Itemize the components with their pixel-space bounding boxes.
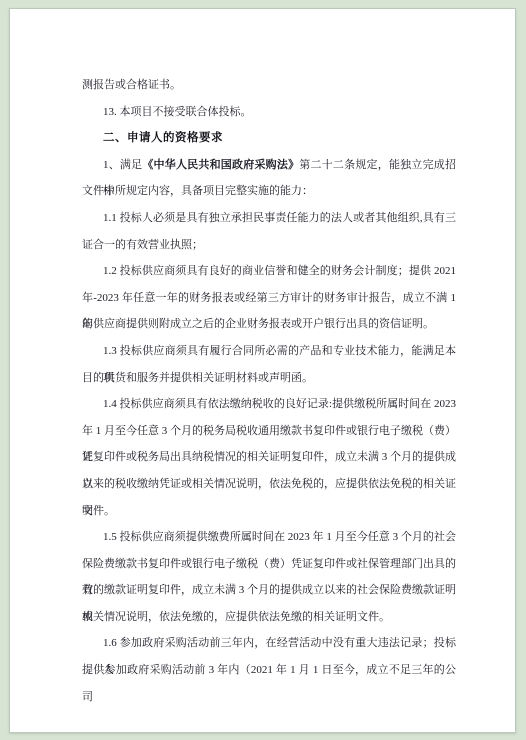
- text-line: 测报告或合格证书。: [82, 72, 456, 99]
- text-segment: 文件中所规定内容，具备项目完整实施的能力：: [82, 185, 313, 197]
- bold-text-segment: 《中华人民共和国政府采购法》: [142, 159, 299, 171]
- text-segment: 1.1 投标人必须是具有独立承担民事责任能力的法人或者其他组织,具有三: [103, 212, 456, 224]
- text-line: 文件中所规定内容，具备项目完整实施的能力：: [82, 178, 456, 205]
- viewer-background: 测报告或合格证书。13. 本项目不接受联合体投标。二、申请人的资格要求1、满足《…: [0, 0, 526, 740]
- text-line: 提供参加政府采购活动前 3 年内（2021 年 1 月 1 日至今，成立不足三年…: [82, 657, 456, 684]
- text-line: 1.3 投标供应商须具有履行合同所必需的产品和专业技术能力，能满足本项: [82, 338, 456, 365]
- text-segment: 1.2 投标供应商须具有良好的商业信誉和健全的财务会计制度；提供 2021: [103, 265, 456, 277]
- document-page: 测报告或合格证书。13. 本项目不接受联合体投标。二、申请人的资格要求1、满足《…: [9, 8, 516, 733]
- text-segment: 文件。: [82, 505, 115, 517]
- text-segment: 目的供货和服务并提供相关证明材料或声明函。: [82, 372, 313, 384]
- text-segment: 证合一的有效营业执照；: [82, 239, 203, 251]
- text-line: 1.6 参加政府采购活动前三年内，在经营活动中没有重大违法记录；投标人: [82, 630, 456, 657]
- text-segment: 二、申请人的资格要求: [103, 132, 223, 144]
- text-segment: 13. 本项目不接受联合体投标。: [103, 106, 252, 118]
- text-segment: 1、满足: [103, 159, 142, 171]
- text-segment: 1.4 投标供应商须具有依法缴纳税收的良好记录:提供缴税所属时间在 2023: [103, 398, 456, 410]
- text-segment: 的供应商提供则附成立之后的企业财务报表或开户银行出具的资信证明。: [82, 318, 434, 330]
- text-block: 测报告或合格证书。13. 本项目不接受联合体投标。二、申请人的资格要求1、满足《…: [82, 72, 456, 684]
- text-line: 保险费缴款书复印件或银行电子缴税（费）凭证复印件或社保管理部门出具的有: [82, 551, 456, 578]
- text-line: 目的供货和服务并提供相关证明材料或声明函。: [82, 365, 456, 392]
- text-line: 的供应商提供则附成立之后的企业财务报表或开户银行出具的资信证明。: [82, 311, 456, 338]
- text-line: 文件。: [82, 498, 456, 525]
- text-line: 1.1 投标人必须是具有独立承担民事责任能力的法人或者其他组织,具有三: [82, 205, 456, 232]
- text-line: 效的缴款证明复印件，成立未满 3 个月的提供成立以来的社会保险费缴款证明或: [82, 577, 456, 604]
- text-line: 以来的税收缴纳凭证或相关情况说明，依法免税的，应提供依法免税的相关证明: [82, 471, 456, 498]
- text-line: 证复印件或税务局出具纳税情况的相关证明复印件，成立未满 3 个月的提供成立: [82, 444, 456, 471]
- text-line: 相关情况说明，依法免缴的，应提供依法免缴的相关证明文件。: [82, 604, 456, 631]
- text-line: 1.2 投标供应商须具有良好的商业信誉和健全的财务会计制度；提供 2021: [82, 258, 456, 285]
- text-line: 1.4 投标供应商须具有依法缴纳税收的良好记录:提供缴税所属时间在 2023: [82, 391, 456, 418]
- text-line: 1、满足《中华人民共和国政府采购法》第二十二条规定，能独立完成招标: [82, 152, 456, 179]
- text-line: 年-2023 年任意一年的财务报表或经第三方审计的财务审计报告，成立不满 1 年: [82, 285, 456, 312]
- text-line: 年 1 月至今任意 3 个月的税务局税收通用缴款书复印件或银行电子缴税（费）凭: [82, 418, 456, 445]
- section-heading: 二、申请人的资格要求: [82, 125, 456, 152]
- text-line: 1.5 投标供应商须提供缴费所属时间在 2023 年 1 月至今任意 3 个月的…: [82, 524, 456, 551]
- text-segment: 相关情况说明，依法免缴的，应提供依法免缴的相关证明文件。: [82, 611, 390, 623]
- text-segment: 提供参加政府采购活动前 3 年内（2021 年 1 月 1 日至今，成立不足三年…: [82, 664, 456, 703]
- text-line: 13. 本项目不接受联合体投标。: [82, 99, 456, 126]
- text-segment: 1.5 投标供应商须提供缴费所属时间在 2023 年 1 月至今任意 3 个月的…: [103, 531, 456, 543]
- text-segment: 测报告或合格证书。: [82, 79, 181, 91]
- text-line: 证合一的有效营业执照；: [82, 232, 456, 259]
